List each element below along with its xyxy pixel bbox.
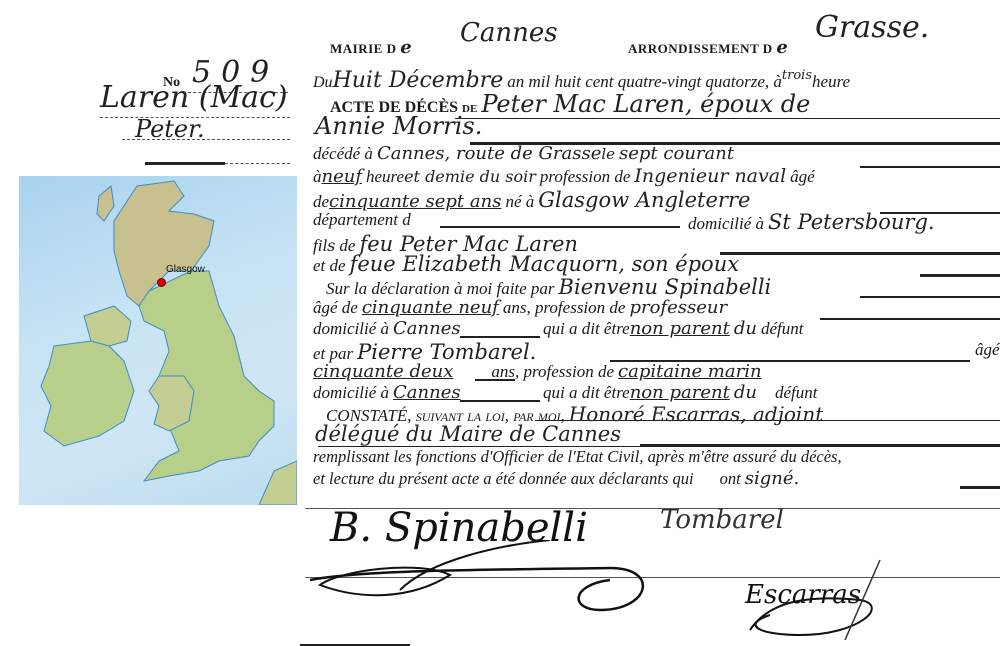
deceased-name: Peter Mac Laren, époux de xyxy=(481,90,810,118)
mairie-suffix: e xyxy=(400,37,412,58)
arrondissement-value: Grasse. xyxy=(815,10,929,45)
heure-label: heure xyxy=(366,167,404,186)
domicile-label: domicilié à xyxy=(688,214,764,233)
death-day: sept courant xyxy=(619,143,734,164)
ne-a-label: né à xyxy=(505,192,534,211)
le-text: le xyxy=(601,145,615,163)
glasgow-marker xyxy=(157,278,166,287)
given-name-underline xyxy=(122,139,290,140)
line-declaration: Sur la déclaration à moi faite par Bienv… xyxy=(326,275,771,299)
margin-rule-dots xyxy=(225,163,290,164)
decede-label: décédé à xyxy=(313,144,373,163)
signature-flourishes xyxy=(300,540,1000,646)
glasgow-label: Glasgow xyxy=(166,264,205,275)
relation-label: qui a dit être xyxy=(543,383,630,402)
hour-value: trois xyxy=(782,68,812,83)
margin-surname: Laren (Mac) xyxy=(100,80,288,115)
fonctions-text: remplissant les fonctions d'Officier de … xyxy=(313,447,842,467)
line-departement: département d xyxy=(313,210,411,230)
line-declarant1-relation: qui a dit êtrenon parent du défunt xyxy=(543,318,803,339)
declarant1-name: Bienvenu Spinabelli xyxy=(559,275,772,299)
death-time-detail: et demie du soir xyxy=(404,167,536,186)
spouse-name: Annie Morris. xyxy=(315,112,482,140)
uk-map: Glasgow xyxy=(19,176,297,505)
defunt-label: défunt xyxy=(775,383,818,402)
profession-label: ans, profession de xyxy=(503,298,626,317)
declarant1-domicile: Cannes xyxy=(393,318,461,339)
line-declarant2-relation: qui a dit êtrenon parent du défunt xyxy=(543,382,817,403)
signature-tombarel: Tombarel xyxy=(660,505,784,535)
rule xyxy=(960,486,1000,489)
domicilie-label: domicilié à xyxy=(313,383,389,402)
de-text: de xyxy=(313,192,329,211)
age-label: âgé xyxy=(790,167,815,186)
declarant2-domicile: Cannes xyxy=(393,382,461,403)
rule xyxy=(860,296,1000,298)
line-lecture: et lecture du présent acte a été donnée … xyxy=(313,468,799,489)
rule xyxy=(440,226,680,228)
et-de-text: et de xyxy=(313,256,346,275)
rule xyxy=(820,318,1000,320)
age-value: cinquante sept ans xyxy=(329,191,501,212)
lecture-text: et lecture du présent acte a été donnée … xyxy=(313,469,694,488)
defunt-label: défunt xyxy=(761,319,804,338)
domicile-value: St Petersbourg. xyxy=(768,210,935,234)
death-place: Cannes, route de Grasse xyxy=(377,143,601,164)
death-hour: neuf xyxy=(322,166,363,187)
du-hand: du xyxy=(734,318,757,339)
rule xyxy=(720,252,1000,255)
declarant1-relation: non parent xyxy=(630,318,730,339)
uk-map-shapes xyxy=(19,176,297,505)
mairie-label-text: MAIRIE D xyxy=(330,41,396,56)
year-text: an mil huit cent quatre-vingt quatorze, … xyxy=(507,72,782,91)
arrondissement-label-text: ARRONDISSEMENT D xyxy=(628,41,773,56)
arrondissement-label: ARRONDISSEMENT D e xyxy=(628,37,788,58)
line-declarant1-age: âgé de cinquante neuf ans, profession de… xyxy=(313,297,727,318)
age-de-label: âgé de xyxy=(313,298,358,317)
profession-label: profession de xyxy=(540,167,631,186)
rule xyxy=(920,274,1000,277)
declarant2-age: cinquante deux xyxy=(313,361,453,382)
signe-value: signé. xyxy=(745,468,799,489)
heure-text: heure xyxy=(812,72,850,91)
rule xyxy=(460,336,540,338)
relation-label: qui a dit être xyxy=(543,319,630,338)
margin-rule xyxy=(145,162,225,165)
mairie-label: MAIRIE D e xyxy=(330,37,412,58)
mairie-value: Cannes xyxy=(460,18,558,48)
profession-value: Ingenieur naval xyxy=(634,165,786,187)
declarant2-relation: non parent xyxy=(630,382,730,403)
arrondissement-suffix: e xyxy=(776,37,788,58)
birthplace-value: Glasgow Angleterre xyxy=(538,188,750,212)
line-declarant1-domicile: domicilié à Cannes xyxy=(313,318,461,339)
declarant2-profession: capitaine marin xyxy=(618,361,762,382)
a-text: à xyxy=(313,167,322,186)
departement-label: département d xyxy=(313,210,411,229)
line-decede: décédé à Cannes, route de Grassele sept … xyxy=(313,143,734,164)
rule xyxy=(475,379,515,381)
domicilie-label: domicilié à xyxy=(313,319,389,338)
rule xyxy=(535,420,1000,421)
line-age: decinquante sept ans né à Glasgow Anglet… xyxy=(313,188,750,212)
line-declarant2-domicile: domicilié à Cannes xyxy=(313,382,461,403)
declaration-label: Sur la déclaration à moi faite par xyxy=(326,279,555,298)
age-de-label: âgé de xyxy=(975,340,1000,360)
line-declarant2-age: cinquante deux ans, profession de capita… xyxy=(313,361,762,382)
rule xyxy=(860,166,1000,168)
ont-text: ont xyxy=(720,469,741,488)
declarant1-profession: professeur xyxy=(629,297,727,318)
line-heure: àneuf heureet demie du soir profession d… xyxy=(313,165,815,187)
line-domicile: domicilié à St Petersbourg. xyxy=(688,210,935,234)
officer-title: délégué du Maire de Cannes xyxy=(315,422,621,446)
du-label: Du xyxy=(313,74,333,91)
rule xyxy=(455,118,1000,119)
mother-name: feue Elizabeth Macquorn, son époux xyxy=(350,252,740,276)
line-mere: et de feue Elizabeth Macquorn, son époux xyxy=(313,252,739,276)
du-hand: du xyxy=(734,382,757,403)
declarant1-age: cinquante neuf xyxy=(362,297,499,318)
